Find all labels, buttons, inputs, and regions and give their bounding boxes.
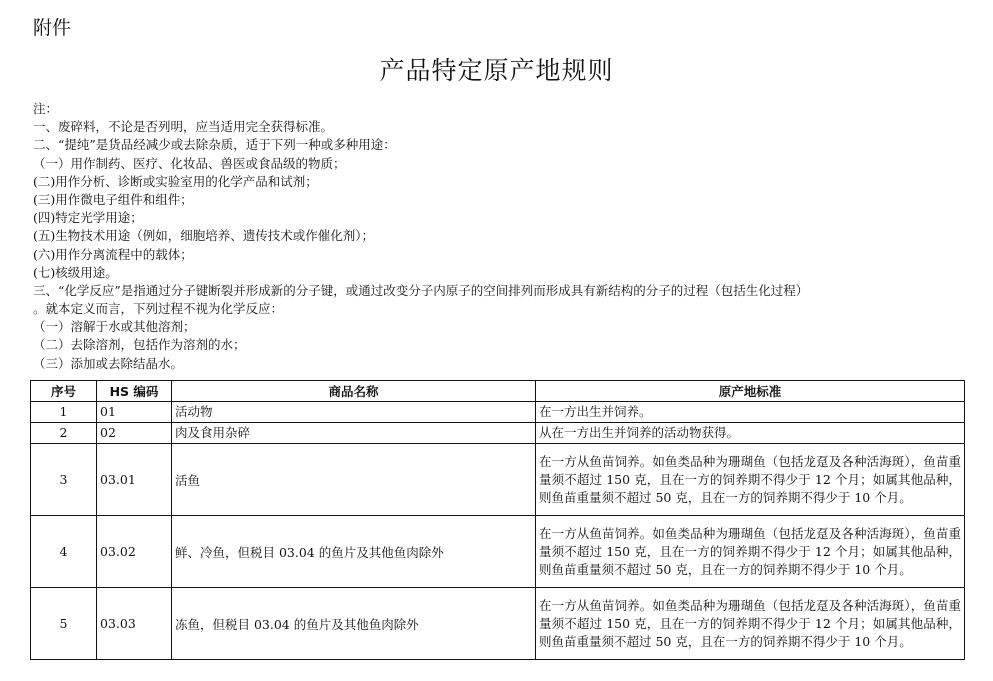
cell-origin-criterion: 从在一方出生并饲养的活动物获得。 — [536, 423, 965, 444]
header-seq: 序号 — [31, 381, 97, 402]
note-line: （一）用作制药、医疗、化妆品、兽医或食品级的物质； — [33, 155, 973, 173]
note-line: （三）添加或去除结晶水。 — [33, 355, 973, 373]
cell-product-name: 肉及食用杂碎 — [172, 423, 536, 444]
note-line: (三)用作微电子组件和组件； — [33, 191, 973, 209]
table-row: 3 03.01 活鱼 在一方从鱼苗饲养。如鱼类品种为珊瑚鱼（包括龙趸及各种活海斑… — [31, 444, 965, 516]
note-line: (二)用作分析、诊断或实验室用的化学产品和试剂； — [33, 173, 973, 191]
note-line: （一）溶解于水或其他溶剂； — [33, 318, 973, 336]
table-row: 5 03.03 冻鱼，但税目 03.04 的鱼片及其他鱼肉除外 在一方从鱼苗饲养… — [31, 588, 965, 660]
cell-origin-criterion: 在一方从鱼苗饲养。如鱼类品种为珊瑚鱼（包括龙趸及各种活海斑），鱼苗重量须不超过 … — [536, 444, 965, 516]
note-line: (四)特定光学用途； — [33, 209, 973, 227]
cell-seq: 5 — [31, 588, 97, 660]
cell-seq: 3 — [31, 444, 97, 516]
cell-hs-code: 03.02 — [97, 516, 172, 588]
table-row: 4 03.02 鲜、冷鱼，但税目 03.04 的鱼片及其他鱼肉除外 在一方从鱼苗… — [31, 516, 965, 588]
attachment-label: 附件 — [33, 16, 71, 40]
note-line: 。就本定义而言，下列过程不视为化学反应： — [33, 300, 973, 318]
cell-seq: 2 — [31, 423, 97, 444]
table-row: 1 01 活动物 在一方出生并饲养。 — [31, 402, 965, 423]
note-line: (五)生物技术用途（例如，细胞培养、遗传技术或作催化剂）； — [33, 227, 973, 245]
notes-heading: 注： — [33, 100, 973, 118]
cell-hs-code: 02 — [97, 423, 172, 444]
cell-hs-code: 01 — [97, 402, 172, 423]
table-row: 2 02 肉及食用杂碎 从在一方出生并饲养的活动物获得。 — [31, 423, 965, 444]
header-origin-criterion: 原产地标准 — [536, 381, 965, 402]
cell-origin-criterion: 在一方从鱼苗饲养。如鱼类品种为珊瑚鱼（包括龙趸及各种活海斑），鱼苗重量须不超过 … — [536, 588, 965, 660]
note-line: （二）去除溶剂，包括作为溶剂的水； — [33, 336, 973, 354]
document-title: 产品特定原产地规则 — [0, 55, 993, 87]
table-header-row: 序号 HS 编码 商品名称 原产地标准 — [31, 381, 965, 402]
note-line: 三、“化学反应”是指通过分子键断裂并形成新的分子键，或通过改变分子内原子的空间排… — [33, 282, 973, 300]
header-hs-code: HS 编码 — [97, 381, 172, 402]
note-line: 二、“提纯”是货品经减少或去除杂质，适于下列一种或多种用途： — [33, 136, 973, 154]
note-line: (七)核级用途。 — [33, 264, 973, 282]
cell-origin-criterion: 在一方出生并饲养。 — [536, 402, 965, 423]
cell-seq: 4 — [31, 516, 97, 588]
cell-hs-code: 03.01 — [97, 444, 172, 516]
cell-hs-code: 03.03 — [97, 588, 172, 660]
cell-product-name: 鲜、冷鱼，但税目 03.04 的鱼片及其他鱼肉除外 — [172, 516, 536, 588]
cell-product-name: 活鱼 — [172, 444, 536, 516]
cell-product-name: 活动物 — [172, 402, 536, 423]
cell-seq: 1 — [31, 402, 97, 423]
note-line: (六)用作分离流程中的载体； — [33, 246, 973, 264]
note-line: 一、废碎料，不论是否列明，应当适用完全获得标准。 — [33, 118, 973, 136]
cell-origin-criterion: 在一方从鱼苗饲养。如鱼类品种为珊瑚鱼（包括龙趸及各种活海斑），鱼苗重量须不超过 … — [536, 516, 965, 588]
cell-product-name: 冻鱼，但税目 03.04 的鱼片及其他鱼肉除外 — [172, 588, 536, 660]
notes-section: 注： 一、废碎料，不论是否列明，应当适用完全获得标准。 二、“提纯”是货品经减少… — [33, 100, 973, 373]
origin-rules-table: 序号 HS 编码 商品名称 原产地标准 1 01 活动物 在一方出生并饲养。 2… — [30, 380, 965, 660]
header-product-name: 商品名称 — [172, 381, 536, 402]
